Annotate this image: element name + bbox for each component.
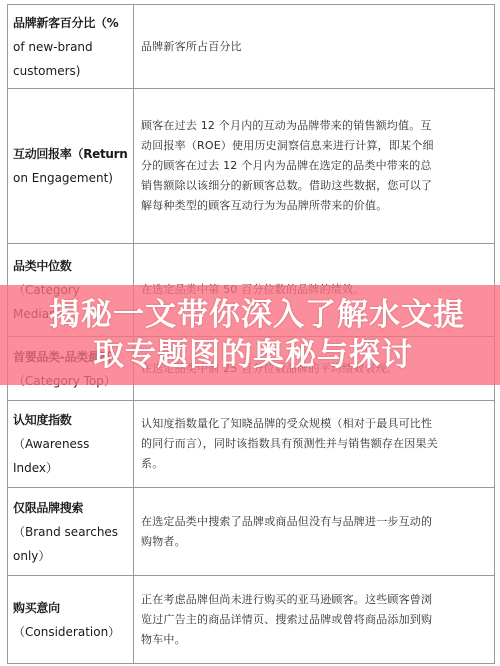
definition-cell: 在选定品类中搜索了品牌或商品但没有与品牌进一步互动的购物者。 — [134, 488, 494, 575]
term-name-en: customers) — [13, 59, 129, 83]
term-name-en: only） — [13, 544, 129, 568]
definition-text: 品牌新客所占百分比 — [141, 37, 441, 57]
definition-cell: 品牌新客所占百分比 — [134, 5, 494, 88]
table-row: 认知度指数（AwarenessIndex）认知度指数量化了知晓品牌的受众规模（相… — [8, 401, 494, 488]
term-cell: 仅限品牌搜索（Brand searchesonly） — [8, 488, 134, 575]
table-row: 购买意向（Consideration）正在考虑品牌但尚未进行购买的亚马逊顾客。这… — [8, 576, 494, 664]
banner-title-line-2: 取专题图的奥秘与探讨 — [93, 335, 413, 375]
banner-title-line-1: 揭秘一文带你深入了解水文提 — [49, 295, 465, 335]
term-name-zh: 认知度指数 — [13, 408, 129, 432]
term-cell: 互动回报率（Returnon Engagement) — [8, 89, 134, 243]
table-row: 互动回报率（Returnon Engagement)顾客在过去 12 个月内的互… — [8, 89, 494, 244]
definition-text: 认知度指数量化了知晓品牌的受众规模（相对于最具可比性的同行而言），同时该指数具有… — [141, 414, 441, 474]
definition-text: 在选定品类中搜索了品牌或商品但没有与品牌进一步互动的购物者。 — [141, 512, 441, 552]
term-name-zh: 品类中位数 — [13, 254, 129, 278]
table-row: 仅限品牌搜索（Brand searchesonly）在选定品类中搜索了品牌或商品… — [8, 488, 494, 576]
table-row: 品牌新客百分比（%of new-brandcustomers)品牌新客所占百分比 — [8, 5, 494, 89]
term-name-en: （Awareness — [13, 432, 129, 456]
title-banner-overlay: 揭秘一文带你深入了解水文提 取专题图的奥秘与探讨 — [0, 285, 500, 385]
term-name-en: on Engagement) — [13, 166, 129, 190]
definition-cell: 顾客在过去 12 个月内的互动为品牌带来的销售额均值。互动回报率（ROE）使用历… — [134, 89, 494, 243]
term-name-en: of new-brand — [13, 35, 129, 59]
definition-cell: 认知度指数量化了知晓品牌的受众规模（相对于最具可比性的同行而言），同时该指数具有… — [134, 401, 494, 487]
term-cell: 认知度指数（AwarenessIndex） — [8, 401, 134, 487]
term-name-zh: 购买意向 — [13, 596, 129, 620]
term-name-en: （Brand searches — [13, 520, 129, 544]
term-cell: 品牌新客百分比（%of new-brandcustomers) — [8, 5, 134, 88]
document-page: 品牌新客百分比（%of new-brandcustomers)品牌新客所占百分比… — [0, 0, 500, 666]
definition-text: 正在考虑品牌但尚未进行购买的亚马逊顾客。这些顾客曾浏览过广告主的商品详情页、搜索… — [141, 590, 441, 650]
term-name-zh: 互动回报率（Return — [13, 142, 129, 166]
definition-text: 顾客在过去 12 个月内的互动为品牌带来的销售额均值。互动回报率（ROE）使用历… — [141, 116, 441, 216]
term-name-en: Index） — [13, 456, 129, 480]
term-cell: 购买意向（Consideration） — [8, 576, 134, 663]
definition-cell: 正在考虑品牌但尚未进行购买的亚马逊顾客。这些顾客曾浏览过广告主的商品详情页、搜索… — [134, 576, 494, 663]
term-name-zh: 仅限品牌搜索 — [13, 496, 129, 520]
term-name-en: （Consideration） — [13, 620, 129, 644]
term-name-zh: 品牌新客百分比（% — [13, 11, 129, 35]
